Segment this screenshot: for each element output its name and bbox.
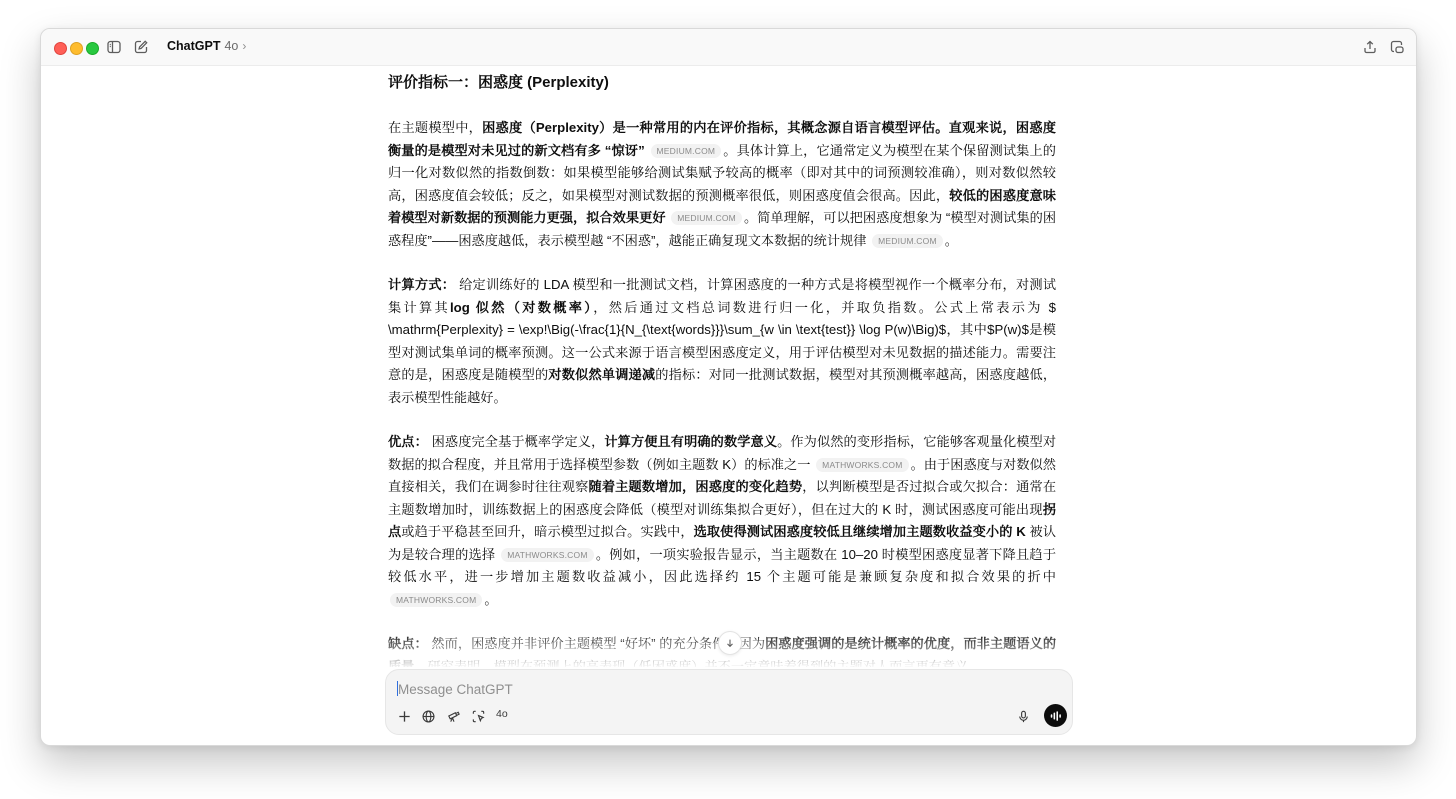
share-icon[interactable] [1362,39,1378,55]
section-heading: 评价指标一：困惑度 (Perplexity) [388,71,1056,95]
sidebar-toggle-icon[interactable] [106,39,122,55]
citation-link[interactable]: MATHWORKS.COM [816,458,908,472]
bold-text: 计算方便且有明确的数学意义 [604,434,777,449]
model-selector[interactable]: ChatGPT 4o › [167,39,246,53]
scroll-to-bottom-button[interactable] [718,631,742,655]
text: 困惑度完全基于概率学定义， [428,434,605,449]
message-input[interactable] [396,676,1000,702]
operator-icon[interactable] [469,707,487,725]
citation-link[interactable]: MATHWORKS.COM [390,593,482,607]
citation-link[interactable]: MATHWORKS.COM [501,548,593,562]
temporary-chat-icon[interactable] [1389,39,1405,55]
new-chat-icon[interactable] [133,39,149,55]
text: 。 [484,592,497,607]
microphone-icon[interactable] [1014,707,1032,725]
section-label: 优点： [388,434,428,449]
paragraph-calculation: 计算方式： 给定训练好的 LDA 模型和一批测试文档，计算困惑度的一种方式是将模… [388,274,1056,409]
text: 或趋于平稳甚至回升，暗示模型过拟合。实践中， [401,524,693,539]
citation-link[interactable]: MEDIUM.COM [651,144,722,158]
minimize-window-button[interactable] [70,42,83,55]
zoom-window-button[interactable] [86,42,99,55]
model-version: 4o [224,39,238,53]
voice-mode-icon [1049,709,1063,723]
citation-link[interactable]: MEDIUM.COM [671,211,742,225]
model-chip[interactable]: 4o [496,708,508,720]
citation-link[interactable]: MEDIUM.COM [872,234,943,248]
app-window: ChatGPT 4o › 评价指标一：困惑度 (Perplexity) 在主题模… [40,28,1417,746]
bold-text: log 似然（对数概率） [450,300,593,315]
bold-text: 选取使得测试困惑度较低且继续增加主题数收益变小的 K [694,524,1026,539]
paragraph-advantages: 优点： 困惑度完全基于概率学定义，计算方便且有明确的数学意义。作为似然的变形指标… [388,431,1056,611]
chevron-right-icon: › [242,39,246,53]
text: 。 [945,233,958,248]
message-composer: 4o [385,669,1073,735]
web-search-icon[interactable] [419,707,437,725]
chat-response: 评价指标一：困惑度 (Perplexity) 在主题模型中，困惑度（Perple… [388,67,1056,667]
research-icon[interactable] [444,707,462,725]
bold-text: 对数似然单调递减 [548,367,655,382]
voice-mode-button[interactable] [1044,704,1067,727]
section-label: 计算方式： [388,277,455,292]
attach-icon[interactable] [395,707,413,725]
close-window-button[interactable] [54,42,67,55]
arrow-down-icon [725,638,735,648]
text: 在主题模型中， [388,120,482,135]
paragraph-definition: 在主题模型中，困惑度（Perplexity）是一种常用的内在评价指标，其概念源自… [388,117,1056,252]
bold-text: 随着主题数增加，困惑度的变化趋势 [588,479,802,494]
title-bar: ChatGPT 4o › [41,29,1416,66]
app-title: ChatGPT [167,39,220,53]
text-cursor [397,681,398,696]
